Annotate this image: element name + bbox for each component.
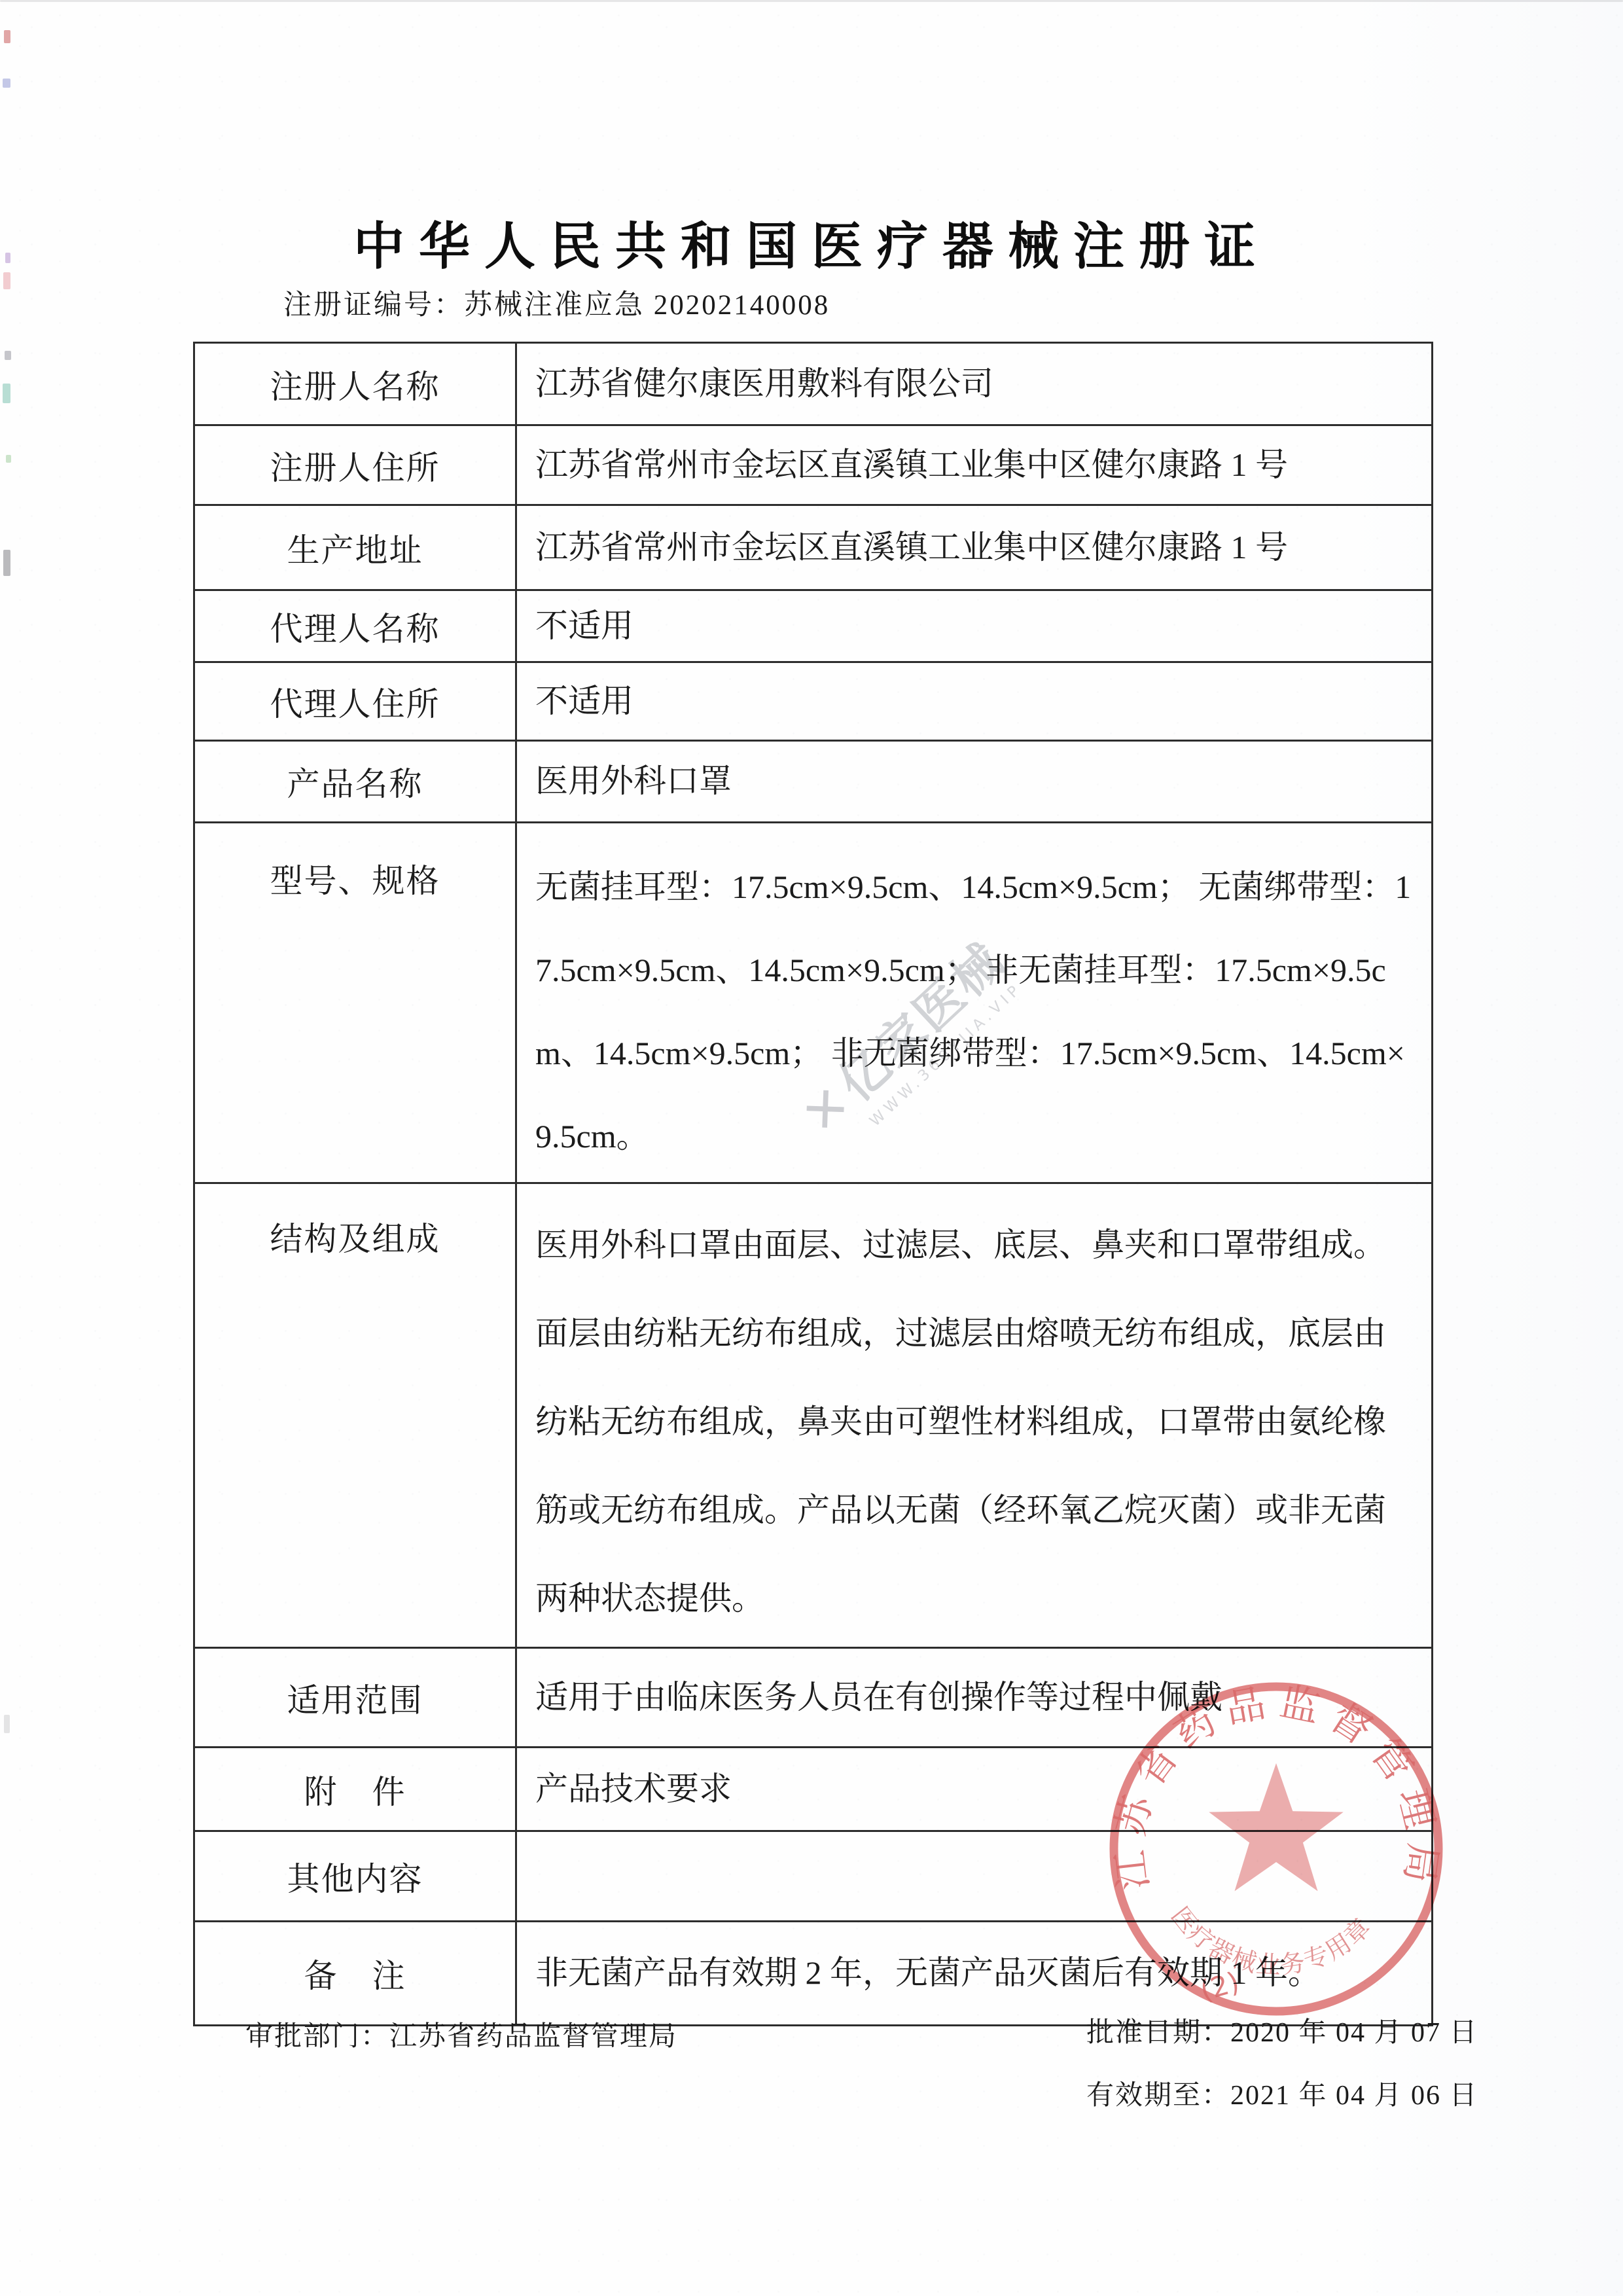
row-value bbox=[516, 1831, 1433, 1922]
row-value: 无菌挂耳型：17.5cm×9.5cm、14.5cm×9.5cm； 无菌绑带型：1… bbox=[516, 823, 1433, 1183]
table-row: 其他内容 bbox=[194, 1831, 1433, 1922]
certificate-table: 注册人名称 江苏省健尔康医用敷料有限公司 注册人住所 江苏省常州市金坛区直溪镇工… bbox=[193, 342, 1433, 2026]
table-row: 附 件 产品技术要求 bbox=[194, 1748, 1433, 1831]
approval-department: 审批部门：江苏省药品监督管理局 bbox=[245, 2015, 677, 2054]
table-row: 注册人名称 江苏省健尔康医用敷料有限公司 bbox=[194, 343, 1433, 425]
row-label: 生产地址 bbox=[194, 505, 516, 590]
row-value: 江苏省健尔康医用敷料有限公司 bbox=[516, 343, 1433, 425]
row-value: 医用外科口罩由面层、过滤层、底层、鼻夹和口罩带组成。面层由纺粘无纺布组成，过滤层… bbox=[516, 1183, 1433, 1648]
scan-artifact bbox=[3, 79, 10, 88]
approval-date: 批准日期：2020 年 04 月 07 日 bbox=[1086, 2011, 1478, 2050]
row-label: 结构及组成 bbox=[194, 1183, 516, 1648]
registration-number-value: 苏械注准应急 20202140008 bbox=[464, 290, 830, 321]
scan-artifact bbox=[6, 455, 11, 463]
scanned-certificate-page: ✕亿家医械 WWW.360YJIA.VIP 中华人民共和国医疗器械注册证 注册证… bbox=[0, 0, 1623, 2296]
valid-until-date: 有效期至：2021 年 04 月 06 日 bbox=[1086, 2073, 1478, 2113]
row-value: 医用外科口罩 bbox=[516, 741, 1433, 823]
row-value: 不适用 bbox=[516, 662, 1433, 741]
row-label: 适用范围 bbox=[194, 1648, 516, 1748]
row-label: 代理人名称 bbox=[194, 590, 516, 662]
scan-artifact bbox=[3, 550, 10, 576]
table-row: 结构及组成 医用外科口罩由面层、过滤层、底层、鼻夹和口罩带组成。面层由纺粘无纺布… bbox=[194, 1183, 1433, 1648]
row-label: 注册人住所 bbox=[194, 425, 516, 505]
table-row: 代理人名称 不适用 bbox=[194, 590, 1433, 662]
row-value: 非无菌产品有效期 2 年，无菌产品灭菌后有效期 1 年。 bbox=[516, 1922, 1433, 2026]
table-row: 产品名称 医用外科口罩 bbox=[194, 741, 1433, 823]
row-label: 附 件 bbox=[194, 1748, 516, 1831]
scan-artifact bbox=[0, 0, 1623, 2]
table-row: 适用范围 适用于由临床医务人员在有创操作等过程中佩戴 bbox=[194, 1648, 1433, 1748]
table-row: 注册人住所 江苏省常州市金坛区直溪镇工业集中区健尔康路 1 号 bbox=[194, 425, 1433, 505]
row-value: 产品技术要求 bbox=[516, 1748, 1433, 1831]
row-value: 江苏省常州市金坛区直溪镇工业集中区健尔康路 1 号 bbox=[516, 425, 1433, 505]
registration-number-label: 注册证编号： bbox=[283, 290, 464, 321]
scan-artifact bbox=[4, 1715, 10, 1733]
table-row: 生产地址 江苏省常州市金坛区直溪镇工业集中区健尔康路 1 号 bbox=[194, 505, 1433, 590]
table-row: 备 注 非无菌产品有效期 2 年，无菌产品灭菌后有效期 1 年。 bbox=[194, 1922, 1433, 2026]
table-row: 型号、规格 无菌挂耳型：17.5cm×9.5cm、14.5cm×9.5cm； 无… bbox=[194, 823, 1433, 1183]
row-label: 备 注 bbox=[194, 1922, 516, 2026]
row-label: 型号、规格 bbox=[194, 823, 516, 1183]
scan-artifact bbox=[4, 30, 10, 43]
registration-number-line: 注册证编号：苏械注准应急 20202140008 bbox=[283, 283, 830, 323]
row-value: 不适用 bbox=[516, 590, 1433, 662]
row-label: 代理人住所 bbox=[194, 662, 516, 741]
row-value: 适用于由临床医务人员在有创操作等过程中佩戴 bbox=[516, 1648, 1433, 1748]
scan-artifact bbox=[3, 384, 10, 403]
scan-artifact bbox=[5, 351, 11, 360]
table-row: 代理人住所 不适用 bbox=[194, 662, 1433, 741]
row-label: 产品名称 bbox=[194, 741, 516, 823]
row-label: 其他内容 bbox=[194, 1831, 516, 1922]
row-value: 江苏省常州市金坛区直溪镇工业集中区健尔康路 1 号 bbox=[516, 505, 1433, 590]
row-label: 注册人名称 bbox=[194, 343, 516, 425]
page-title: 中华人民共和国医疗器械注册证 bbox=[0, 206, 1623, 279]
